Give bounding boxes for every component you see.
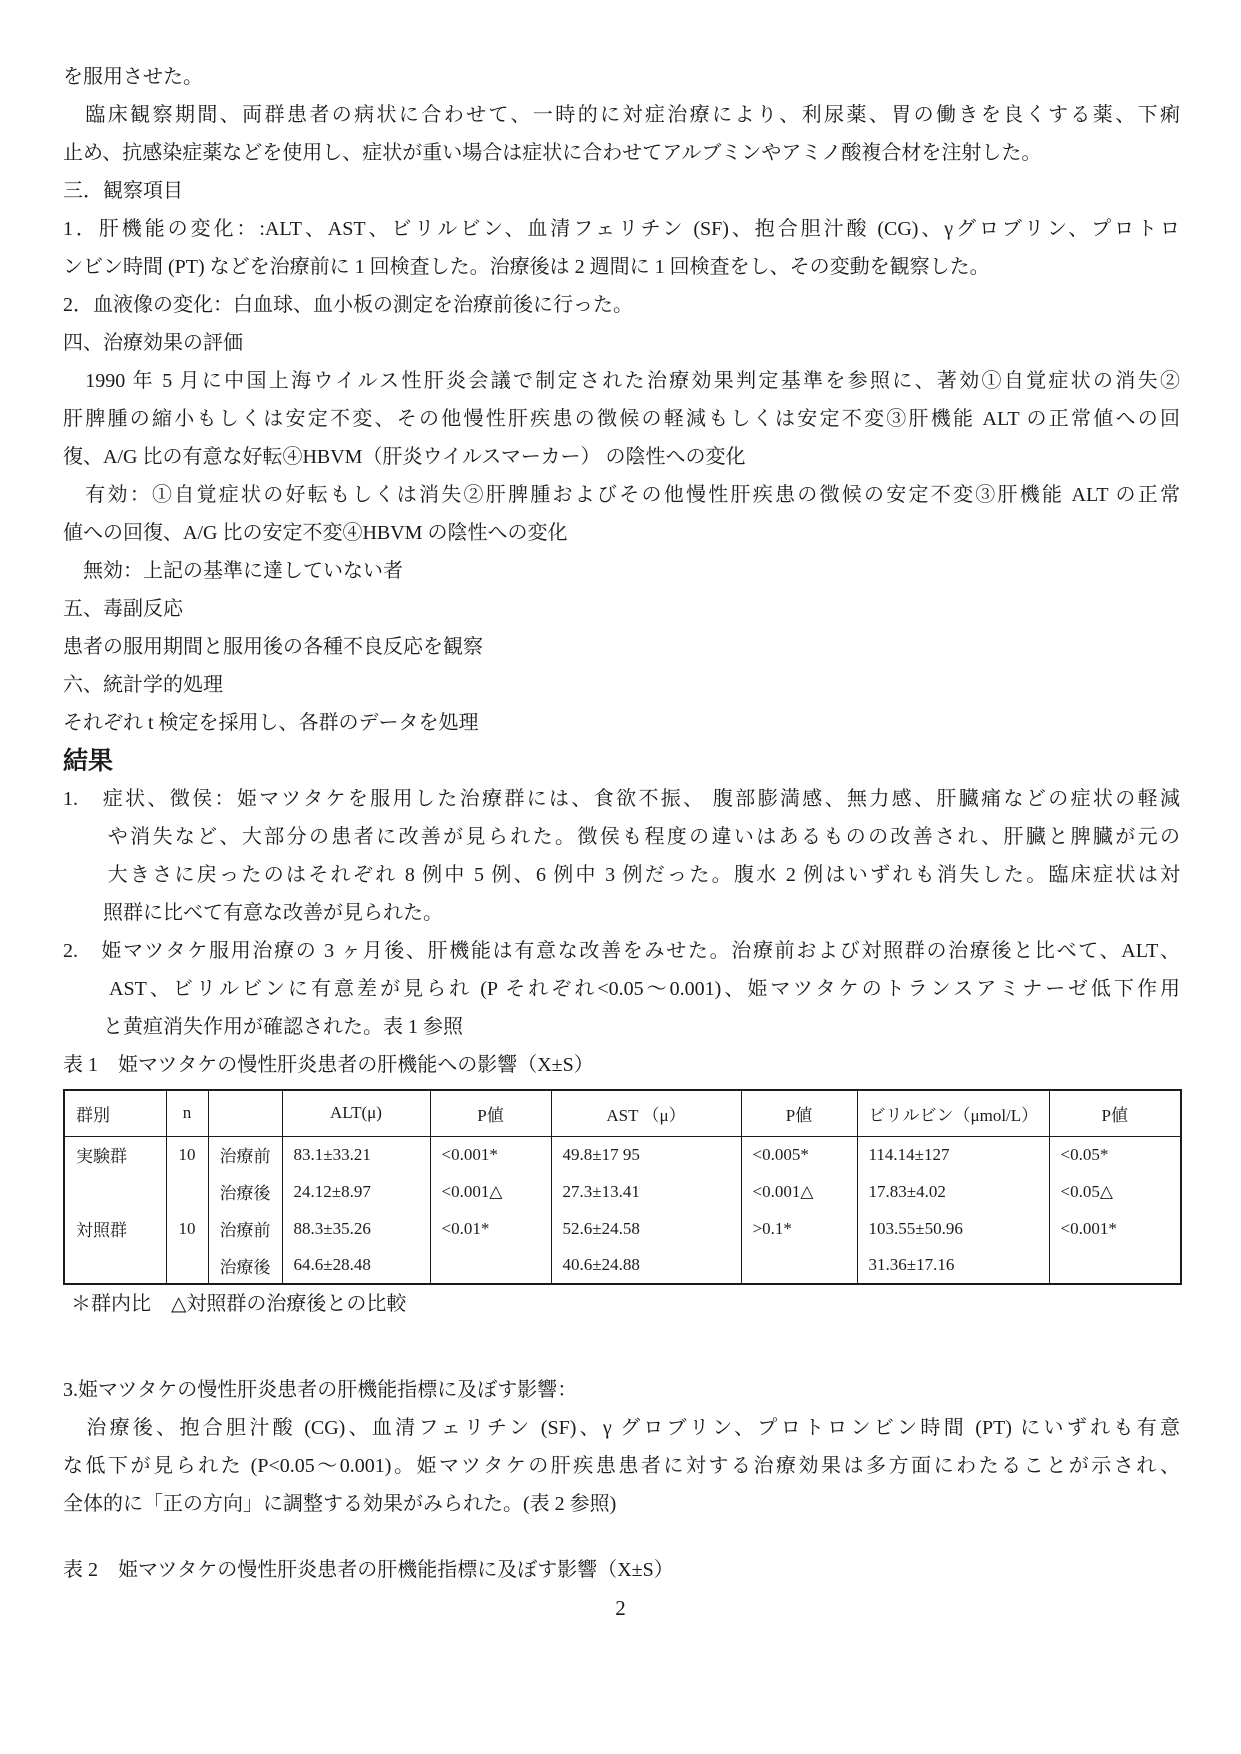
table2-caption: 表 2 姫マツタケの慢性肝炎患者の肝機能指標に及ぼす影響（X±S）	[63, 1551, 1180, 1589]
section-heading-5-toxicity: 五、毒副反応	[63, 590, 1180, 628]
table1-header-row: 群別 n ALT(μ) P値 AST （μ） P値 ビリルビン（μmol/L） …	[64, 1090, 1181, 1136]
table-cell: <0.01*	[430, 1210, 551, 1247]
body-line-11: 復、A/G 比の有意な好転④HBVM（肝炎ウイルスマーカー） の陰性への変化	[63, 438, 1180, 476]
table-cell: 27.3±13.41	[551, 1173, 741, 1210]
result-item-2-line-1: 2. 姫マツタケ服用治療の 3 ヶ月後、肝機能は有意な改善をみせた。治療前および…	[63, 932, 1180, 970]
table-cell: 治療前	[208, 1136, 282, 1173]
result-item-2-line-3: と黄疸消失作用が確認された。表 1 参照	[63, 1008, 1180, 1046]
table-cell: >0.1*	[741, 1210, 857, 1247]
table-cell	[741, 1247, 857, 1284]
vertical-gap	[63, 1323, 1180, 1371]
result-item-1-line-4: 照群に比べて有意な改善が見られた。	[63, 894, 1180, 932]
section-heading-3-observation: 三．観察項目	[63, 172, 1180, 210]
table-cell: <0.05△	[1049, 1173, 1181, 1210]
result-item-1-line-1: 1. 症状、徴侯：姫マツタケを服用した治療群には、食欲不振、 腹部膨満感、無力感…	[63, 780, 1180, 818]
table-cell: 24.12±8.97	[282, 1173, 430, 1210]
table1-liver-function: 群別 n ALT(μ) P値 AST （μ） P値 ビリルビン（μmol/L） …	[63, 1089, 1182, 1285]
table1-header-p2: P値	[741, 1090, 857, 1136]
body-line-2: 臨床観察期間、両群患者の病状に合わせて、一時的に対症治療により、利尿薬、胃の働き…	[63, 96, 1180, 134]
table-cell: <0.001*	[430, 1136, 551, 1173]
result-item-2-line-2: AST、ビリルビンに有意差が見られ (P それぞれ<0.05～0.001)、姫マ…	[63, 970, 1180, 1008]
document-body: を服用させた。 臨床観察期間、両群患者の病状に合わせて、一時的に対症治療により、…	[63, 58, 1180, 1589]
body-line-7: 2．血液像の変化：白血球、血小板の測定を治療前後に行った。	[63, 286, 1180, 324]
body-line-9: 1990 年 5 月に中国上海ウイルス性肝炎会議で制定された治療効果判定基準を参…	[63, 362, 1180, 400]
result-item-1-line-3: 大きさに戻ったのはそれぞれ 8 例中 5 例、6 例中 3 例だった。腹水 2 …	[63, 856, 1180, 894]
table-cell: 114.14±127	[857, 1136, 1049, 1173]
table1-row-exp-pre: 実験群 10 治療前 83.1±33.21 <0.001* 49.8±17 95…	[64, 1136, 1181, 1173]
table1-header-ast: AST （μ）	[551, 1090, 741, 1136]
table1-header-alt: ALT(μ)	[282, 1090, 430, 1136]
table-cell: <0.001*	[1049, 1210, 1181, 1247]
table-cell: 40.6±24.88	[551, 1247, 741, 1284]
table-cell: 17.83±4.02	[857, 1173, 1049, 1210]
table1-header-p1: P値	[430, 1090, 551, 1136]
vertical-gap	[63, 1523, 1180, 1551]
table-cell	[1049, 1247, 1181, 1284]
body-line-6: ンビン時間 (PT) などを治療前に 1 回検査した。治療後は 2 週間に 1 …	[63, 248, 1180, 286]
section-heading-4-evaluation: 四、治療効果の評価	[63, 324, 1180, 362]
table-cell: 実験群	[64, 1136, 166, 1173]
table1-header-p3: P値	[1049, 1090, 1181, 1136]
table-cell: 52.6±24.58	[551, 1210, 741, 1247]
section-heading-6-statistics: 六、統計学的処理	[63, 666, 1180, 704]
table-cell: <0.001△	[741, 1173, 857, 1210]
table-cell: 83.1±33.21	[282, 1136, 430, 1173]
table-cell: 88.3±35.26	[282, 1210, 430, 1247]
table-cell: 64.6±28.48	[282, 1247, 430, 1284]
table1-header-bilirubin: ビリルビン（μmol/L）	[857, 1090, 1049, 1136]
section3-line-3: な低下が見られた (P<0.05～0.001)。姫マツタケの肝疾患患者に対する治…	[63, 1447, 1180, 1485]
body-line-12: 有効：①自覚症状の好転もしくは消失②肝脾腫およびその他慢性肝疾患の徴候の安定不変…	[63, 476, 1180, 514]
table1-row-exp-post: 治療後 24.12±8.97 <0.001△ 27.3±13.41 <0.001…	[64, 1173, 1181, 1210]
section3-heading: 3.姫マツタケの慢性肝炎患者の肝機能指標に及ぼす影響：	[63, 1371, 1180, 1409]
table-cell: 治療後	[208, 1173, 282, 1210]
table1-row-ctrl-post: 治療後 64.6±28.48 40.6±24.88 31.36±17.16	[64, 1247, 1181, 1284]
table-cell: 49.8±17 95	[551, 1136, 741, 1173]
table-cell: <0.001△	[430, 1173, 551, 1210]
table-cell: 10	[166, 1210, 208, 1247]
table-cell	[64, 1247, 166, 1284]
section3-line-2: 治療後、抱合胆汁酸 (CG)、血清フェリチン (SF)、γ グロブリン、プロトロ…	[63, 1409, 1180, 1447]
table1-header-n: n	[166, 1090, 208, 1136]
table1-header-empty	[208, 1090, 282, 1136]
body-line-16: 患者の服用期間と服用後の各種不良反応を観察	[63, 628, 1180, 666]
document-page: を服用させた。 臨床観察期間、両群患者の病状に合わせて、一時的に対症治療により、…	[0, 0, 1241, 1754]
body-line-13: 値への回復、A/G 比の安定不変④HBVM の陰性への変化	[63, 514, 1180, 552]
results-heading: 結果	[63, 742, 1180, 780]
table-cell	[64, 1173, 166, 1210]
body-line-1: を服用させた。	[63, 58, 1180, 96]
table-cell: 31.36±17.16	[857, 1247, 1049, 1284]
table-cell: 103.55±50.96	[857, 1210, 1049, 1247]
table-cell	[166, 1173, 208, 1210]
section3-line-4: 全体的に「正の方向」に調整する効果がみられた。(表 2 参照)	[63, 1485, 1180, 1523]
body-line-10: 肝脾腫の縮小もしくは安定不変、その他慢性肝疾患の徴候の軽減もしくは安定不変③肝機…	[63, 400, 1180, 438]
table1-caption: 表 1 姫マツタケの慢性肝炎患者の肝機能への影響（X±S）	[63, 1046, 1180, 1084]
result-item-1-line-2: や消失など、大部分の患者に改善が見られた。徴侯も程度の違いはあるものの改善され、…	[63, 818, 1180, 856]
table-cell: 治療前	[208, 1210, 282, 1247]
body-line-18: それぞれ t 検定を採用し、各群のデータを処理	[63, 704, 1180, 742]
table-cell: 対照群	[64, 1210, 166, 1247]
table-cell	[166, 1247, 208, 1284]
page-number: 2	[0, 1596, 1241, 1621]
body-line-14: 無効：上記の基準に達していない者	[63, 552, 1180, 590]
table-cell: 10	[166, 1136, 208, 1173]
table-cell: 治療後	[208, 1247, 282, 1284]
table1-footnote: ＊群内比 △対照群の治療後との比較	[63, 1285, 1180, 1323]
table1-header-group: 群別	[64, 1090, 166, 1136]
table-cell: <0.05*	[1049, 1136, 1181, 1173]
table1-row-ctrl-pre: 対照群 10 治療前 88.3±35.26 <0.01* 52.6±24.58 …	[64, 1210, 1181, 1247]
body-line-5: 1．肝機能の変化：:ALT、AST、ビリルビン、血清フェリチン (SF)、抱合胆…	[63, 210, 1180, 248]
body-line-3: 止め、抗感染症薬などを使用し、症状が重い場合は症状に合わせてアルブミンやアミノ酸…	[63, 134, 1180, 172]
table-cell: <0.005*	[741, 1136, 857, 1173]
table-cell	[430, 1247, 551, 1284]
